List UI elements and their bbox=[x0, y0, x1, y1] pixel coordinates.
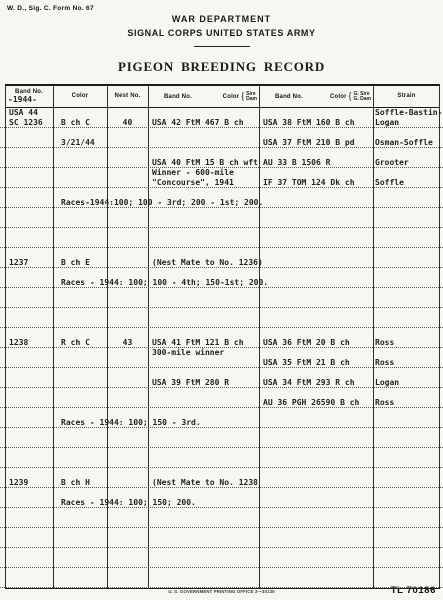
table-row bbox=[5, 548, 440, 568]
table-cell: 3/21/44 bbox=[61, 138, 95, 148]
table-cell: USA 44SC 1236 bbox=[9, 108, 43, 127]
table-cell: AU 36 PGH 26590 B ch bbox=[263, 398, 359, 408]
table-cell: USA 42 FtM 467 B ch bbox=[152, 118, 244, 128]
table-row: AU 36 PGH 26590 B chRoss bbox=[5, 388, 440, 408]
department-title: WAR DEPARTMENT bbox=[0, 14, 443, 24]
table-cell: Logan bbox=[375, 378, 399, 388]
header-grandsire-color-group: Color { G. Sire G. Dam bbox=[330, 91, 371, 102]
table-cell: 40 bbox=[107, 118, 148, 128]
table-row: Races - 1944: 100; 150; 200. bbox=[5, 488, 440, 508]
table-row bbox=[5, 528, 440, 548]
table-cell: B ch E bbox=[61, 258, 90, 268]
table-row: 1237B ch E(Nest Mate to No. 1236) bbox=[5, 248, 440, 268]
table-cell: USA 35 FtM 21 B ch bbox=[263, 358, 350, 368]
table-cell: 1237 bbox=[9, 258, 28, 268]
table-cell: USA 38 FtM 160 B ch bbox=[263, 118, 355, 128]
table-cell: B ch H bbox=[61, 478, 90, 488]
table-row: 3/21/44USA 37 FtM 210 B pdOsman-Soffle bbox=[5, 128, 440, 148]
table-cell: B ch C bbox=[61, 118, 90, 128]
table-body: USA 44SC 1236B ch C40USA 42 FtM 467 B ch… bbox=[5, 108, 440, 588]
table-header-row: Band No. -1944- Color Nest No. Band No. … bbox=[5, 86, 440, 108]
table-cell: Soffle-Bastin-Logan bbox=[375, 108, 442, 127]
table-cell: Grooter bbox=[375, 158, 409, 168]
table-cell: 300-mile winner bbox=[152, 348, 224, 358]
page-title: PIGEON BREEDING RECORD bbox=[0, 59, 443, 75]
divider-rule bbox=[194, 46, 250, 47]
table-cell: IF 37 TOM 124 Dk ch bbox=[263, 178, 355, 188]
table-row: Races - 1944: 100; 100 - 4th; 150-1st; 2… bbox=[5, 268, 440, 288]
table-cell: Races - 1944: 100; 150 - 3rd. bbox=[61, 418, 201, 428]
table-cell: USA 36 FtM 20 B ch bbox=[263, 338, 350, 348]
table-cell: Ross bbox=[375, 358, 394, 368]
form-header: WAR DEPARTMENT SIGNAL CORPS UNITED STATE… bbox=[0, 14, 443, 47]
table-cell: USA 40 FtM 15 B ch wft bbox=[152, 158, 258, 168]
table-row bbox=[5, 288, 440, 308]
table-row: 1238R ch C43USA 41 FtM 121 B chUSA 36 Ft… bbox=[5, 328, 440, 348]
header-band-no: Band No. -1944- bbox=[5, 86, 53, 107]
table-row bbox=[5, 228, 440, 248]
table-cell: Winner - 600-mile"Concourse", 1941 bbox=[152, 168, 234, 187]
table-row: Races-1944:100; 100 - 3rd; 200 - 1st; 20… bbox=[5, 188, 440, 208]
table-cell: USA 34 FtM 293 R ch bbox=[263, 378, 355, 388]
table-cell: USA 41 FtM 121 B ch bbox=[152, 338, 244, 348]
table-cell: USA 37 FtM 210 B pd bbox=[263, 138, 355, 148]
table-cell: 43 bbox=[107, 338, 148, 348]
table-row bbox=[5, 428, 440, 448]
table-row bbox=[5, 448, 440, 468]
table-cell: AU 33 B 1506 R bbox=[263, 158, 330, 168]
table-cell: (Nest Mate to No. 1238 bbox=[152, 478, 258, 488]
table-row: 1239B ch H(Nest Mate to No. 1238 bbox=[5, 468, 440, 488]
table-row bbox=[5, 308, 440, 328]
table-row bbox=[5, 508, 440, 528]
form-number: W. D., Sig. C. Form No. 67 bbox=[7, 5, 94, 12]
table-cell: Ross bbox=[375, 398, 394, 408]
header-sire-band-no: Band No. Color { Sire Dam bbox=[148, 86, 259, 107]
gpo-imprint: U. S. GOVERNMENT PRINTING OFFICE 3—30135 bbox=[62, 590, 381, 594]
table-row: 300-mile winnerUSA 35 FtM 21 B chRoss bbox=[5, 348, 440, 368]
table-cell: Races-1944:100; 100 - 3rd; 200 - 1st; 20… bbox=[61, 198, 263, 208]
table-cell: USA 39 FtM 280 R bbox=[152, 378, 229, 388]
table-cell: Osman-Soffle bbox=[375, 138, 433, 148]
table-row: USA 44SC 1236B ch C40USA 42 FtM 467 B ch… bbox=[5, 108, 440, 128]
table-row: Races - 1944: 100; 150 - 3rd. bbox=[5, 408, 440, 428]
table-cell: Ross bbox=[375, 338, 394, 348]
header-dam-label: Dam bbox=[246, 97, 257, 102]
table-cell: 1239 bbox=[9, 478, 28, 488]
header-gdam-label: G. Dam bbox=[353, 97, 371, 102]
breeding-record-table: Band No. -1944- Color Nest No. Band No. … bbox=[5, 84, 440, 589]
table-cell: Races - 1944: 100; 100 - 4th; 150-1st; 2… bbox=[61, 278, 268, 288]
table-row: USA 39 FtM 280 RUSA 34 FtM 293 R chLogan bbox=[5, 368, 440, 388]
table-row bbox=[5, 208, 440, 228]
header-grandsire-band-no: Band No. Color { G. Sire G. Dam bbox=[259, 86, 373, 107]
header-nest-no: Nest No. bbox=[107, 86, 148, 107]
brace-icon: { bbox=[240, 91, 245, 102]
table-cell: 1238 bbox=[9, 338, 28, 348]
table-cell: Soffle bbox=[375, 178, 404, 188]
header-color: Color bbox=[53, 86, 107, 107]
table-row: USA 40 FtM 15 B ch wftAU 33 B 1506 RGroo… bbox=[5, 148, 440, 168]
table-cell: Races - 1944: 100; 150; 200. bbox=[61, 498, 196, 508]
brace-icon: { bbox=[348, 91, 353, 102]
header-strain: Strain bbox=[373, 86, 440, 107]
corps-title: SIGNAL CORPS UNITED STATES ARMY bbox=[0, 28, 443, 38]
header-sire-color-group: Color { Sire Dam bbox=[223, 91, 257, 102]
table-row: Winner - 600-mile"Concourse", 1941IF 37 … bbox=[5, 168, 440, 188]
table-cell: R ch C bbox=[61, 338, 90, 348]
table-row bbox=[5, 568, 440, 588]
typed-year: -1944- bbox=[5, 95, 53, 104]
table-cell: (Nest Mate to No. 1236) bbox=[152, 258, 263, 268]
